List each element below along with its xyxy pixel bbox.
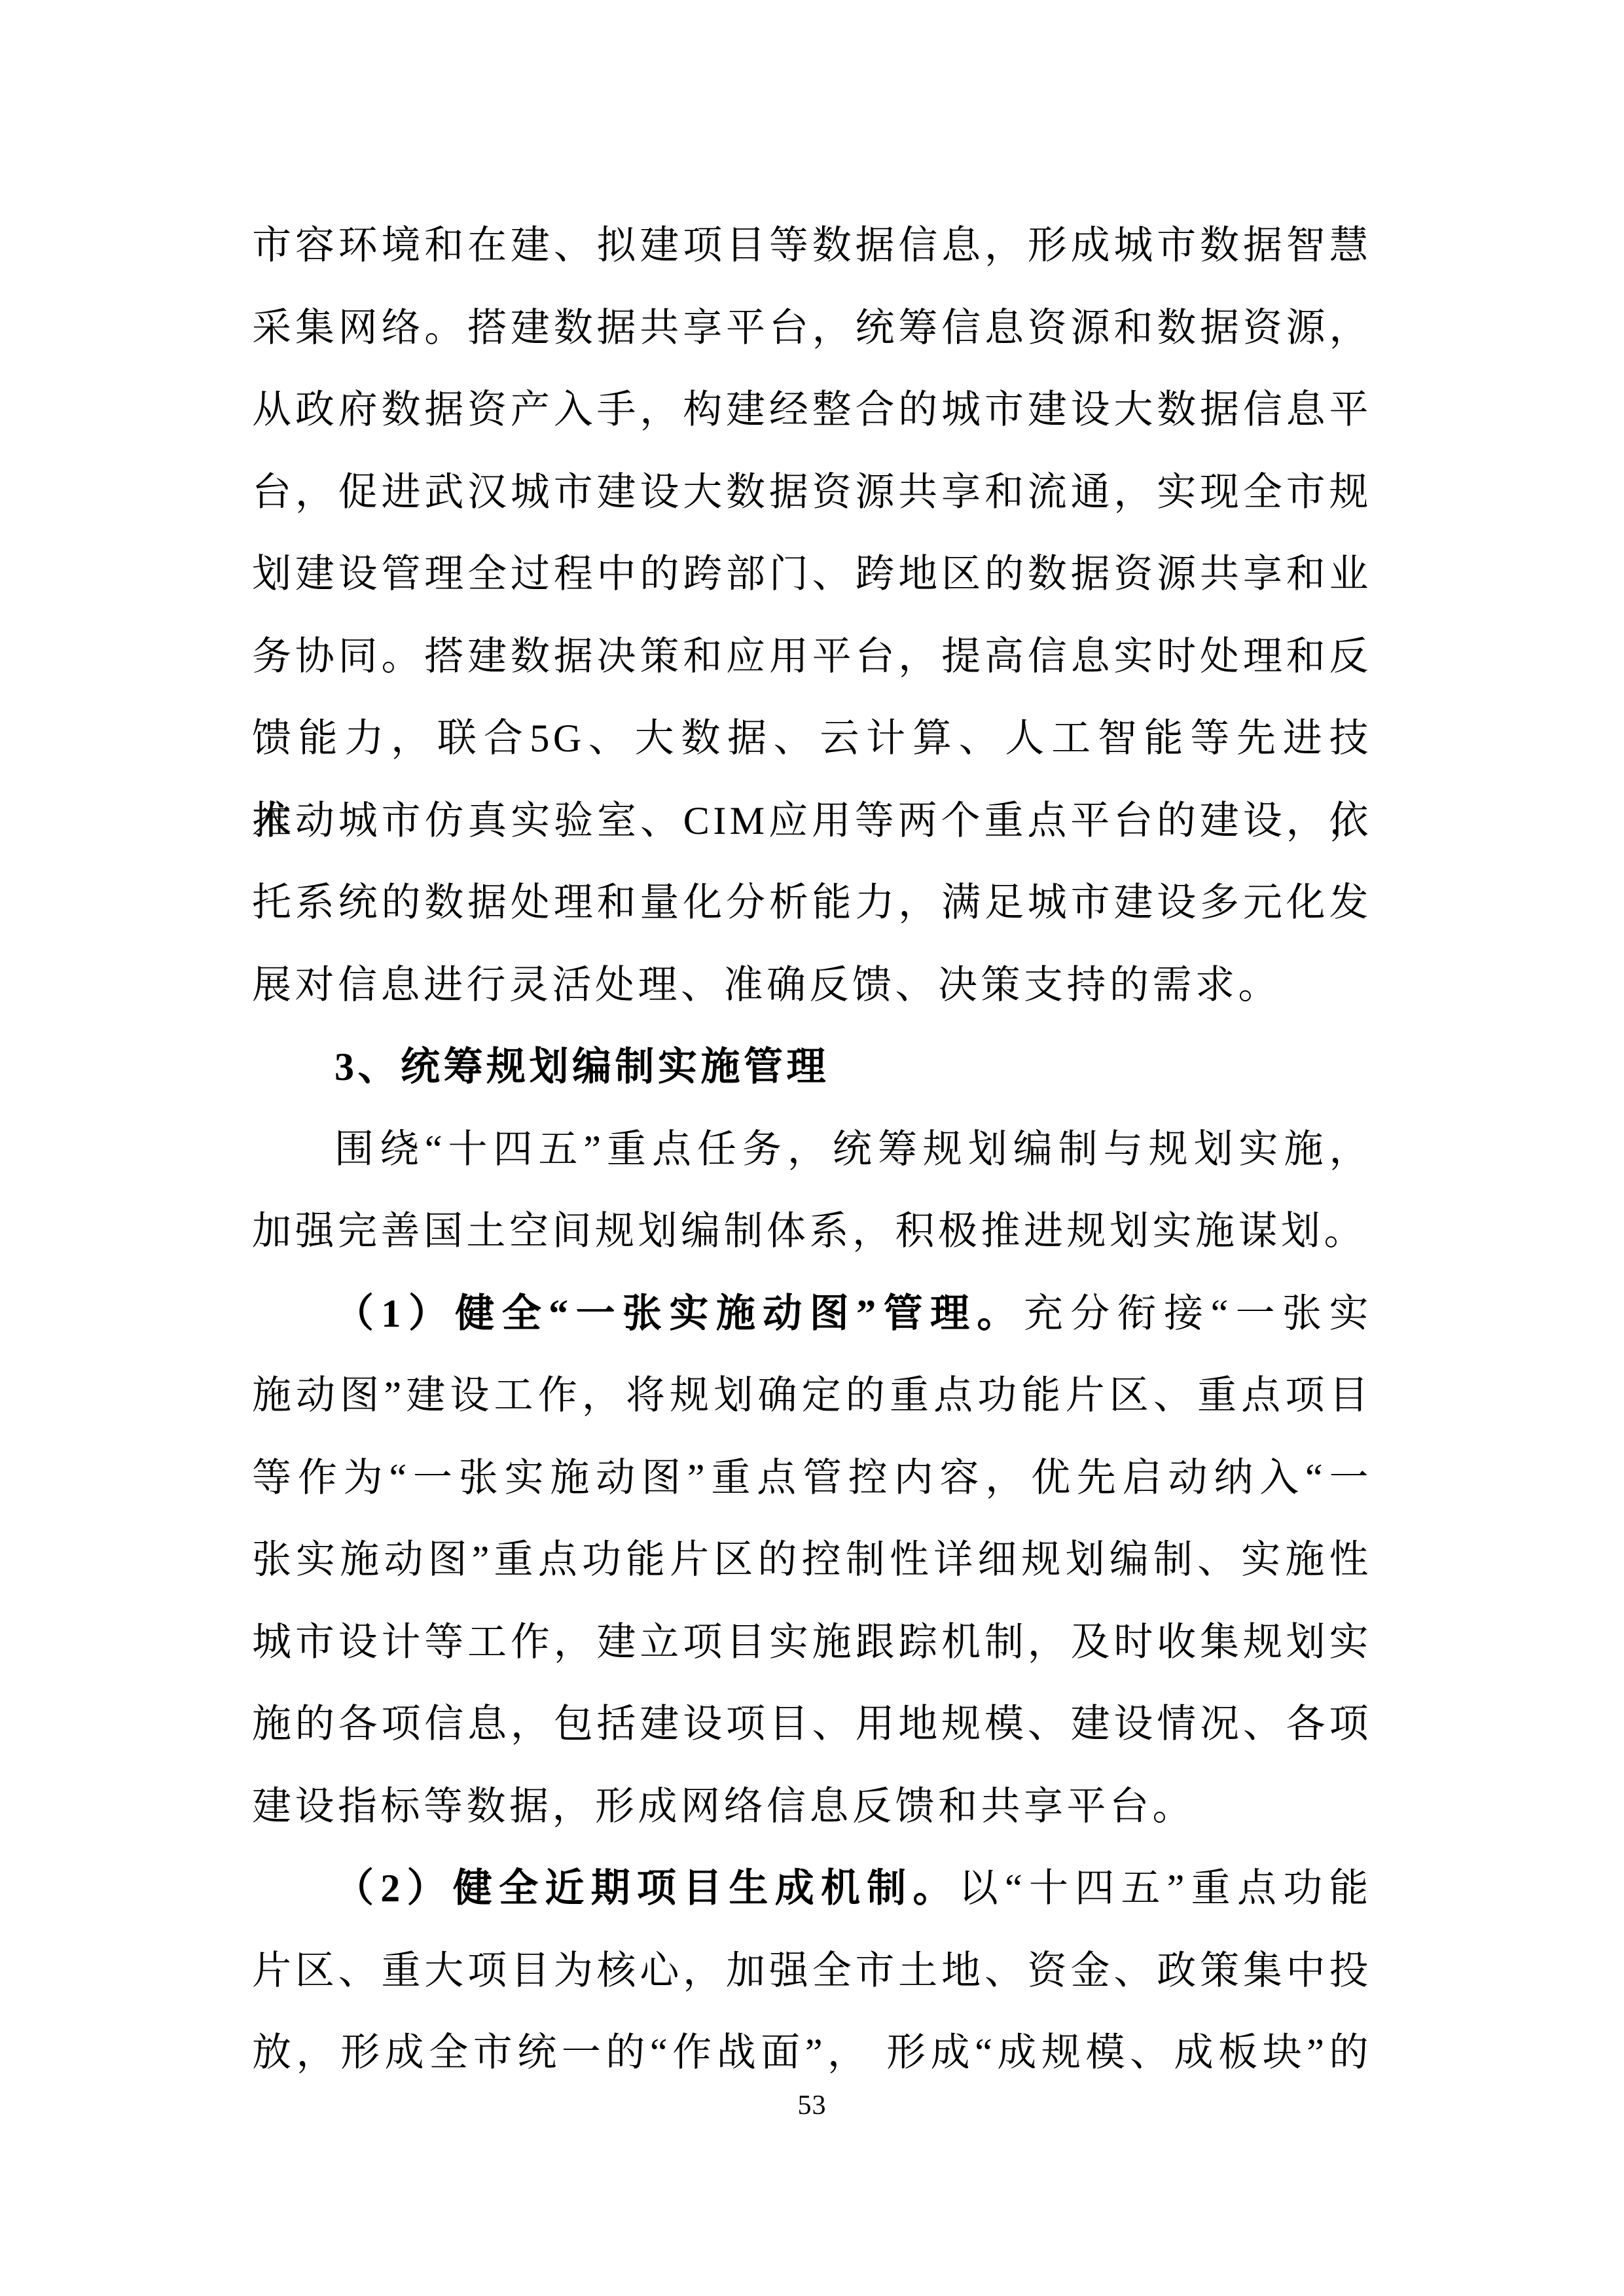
page-number: 53 (0, 2090, 1624, 2121)
document-page: 市容环境和在建、拟建项目等数据信息，形成城市数据智慧 采集网络。搭建数据共享平台… (0, 0, 1624, 2296)
paragraph-lead-bold: （2）健全近期项目生成机制。 (334, 1867, 959, 1910)
text-line: 划建设管理全过程中的跨部门、跨地区的数据资源共享和业 (252, 533, 1372, 616)
section-heading: 3、统筹规划编制实施管理 (252, 1026, 1372, 1109)
text-line: 施的各项信息，包括建设项目、用地规模、建设情况、各项 (252, 1683, 1372, 1766)
text-line: 台，促进武汉城市建设大数据资源共享和流通，实现全市规 (252, 452, 1372, 534)
text-line: 加强完善国土空间规划编制体系，积极推进规划实施谋划。 (252, 1191, 1372, 1273)
text-line: 市容环境和在建、拟建项目等数据信息，形成城市数据智慧 (252, 205, 1372, 287)
text-line: 施动图”建设工作，将规划确定的重点功能片区、重点项目 (252, 1355, 1372, 1437)
text-line: 采集网络。搭建数据共享平台，统筹信息资源和数据资源， (252, 287, 1372, 370)
text-line: 张实施动图”重点功能片区的控制性详细规划编制、实施性 (252, 1519, 1372, 1602)
paragraph-lead-rest: 以“十四五”重点功能 (959, 1867, 1372, 1910)
text-line: 围绕“十四五”重点任务，统筹规划编制与规划实施， (252, 1109, 1372, 1191)
text-block: 市容环境和在建、拟建项目等数据信息，形成城市数据智慧 采集网络。搭建数据共享平台… (252, 205, 1372, 2094)
text-line: 等作为“一张实施动图”重点管控内容，优先启动纳入“一 (252, 1437, 1372, 1520)
paragraph-lead-bold: （1）健全“一张实施动图”管理。 (334, 1292, 1024, 1335)
text-line: 放，形成全市统一的“作战面”， 形成“成规模、成板块”的 (252, 2012, 1372, 2094)
paragraph-lead-rest: 充分衔接“一张实 (1024, 1292, 1372, 1335)
text-line: 从政府数据资产入手，构建经整合的城市建设大数据信息平 (252, 369, 1372, 452)
text-line: 展对信息进行灵活处理、准确反馈、决策支持的需求。 (252, 944, 1372, 1027)
text-line: 片区、重大项目为核心，加强全市土地、资金、政策集中投 (252, 1930, 1372, 2013)
text-line: 托系统的数据处理和量化分析能力，满足城市建设多元化发 (252, 862, 1372, 944)
text-line: 建设指标等数据，形成网络信息反馈和共享平台。 (252, 1766, 1372, 1848)
text-line: 推动城市仿真实验室、CIM应用等两个重点平台的建设，依 (252, 780, 1372, 863)
text-line: （1）健全“一张实施动图”管理。充分衔接“一张实 (252, 1273, 1372, 1355)
text-line: 务协同。搭建数据决策和应用平台，提高信息实时处理和反 (252, 616, 1372, 698)
text-line: 馈能力，联合5G、大数据、云计算、人工智能等先进技术， (252, 698, 1372, 780)
text-line: （2）健全近期项目生成机制。以“十四五”重点功能 (252, 1848, 1372, 1930)
text-line: 城市设计等工作，建立项目实施跟踪机制，及时收集规划实 (252, 1602, 1372, 1684)
